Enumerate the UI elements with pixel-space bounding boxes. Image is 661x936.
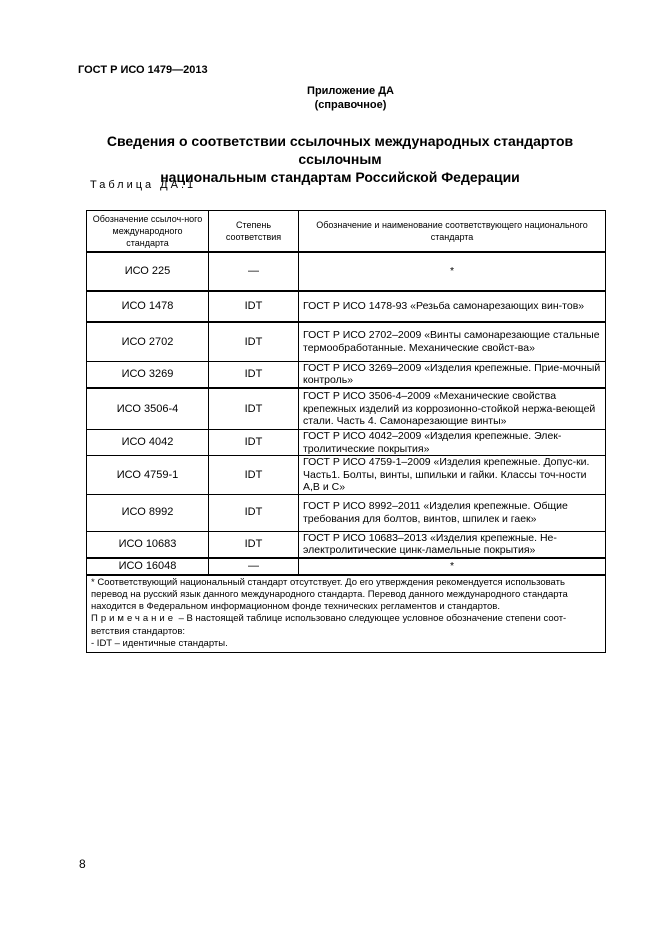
table-row: ИСО 8992 IDT ГОСТ Р ИСО 8992–2011 «Издел… [87, 494, 606, 531]
intl-standard-cell: ИСО 16048 [87, 558, 209, 575]
column-header-degree: Степень соответствия [209, 211, 299, 253]
degree-cell: IDT [209, 430, 299, 456]
degree-cell: IDT [209, 361, 299, 388]
degree-cell: IDT [209, 388, 299, 430]
table-header-row: Обозначение ссылоч-ного международного с… [87, 211, 606, 253]
table-row: ИСО 10683 IDT ГОСТ Р ИСО 10683–2013 «Изд… [87, 531, 606, 558]
table-row: ИСО 4759-1 IDT ГОСТ Р ИСО 4759-1–2009 «И… [87, 456, 606, 495]
degree-cell: — [209, 558, 299, 575]
national-standard-cell: * [299, 558, 606, 575]
national-standard-cell: ГОСТ Р ИСО 4042–2009 «Изделия крепежные.… [299, 430, 606, 456]
table-row: ИСО 3506-4 IDT ГОСТ Р ИСО 3506-4–2009 «М… [87, 388, 606, 430]
intl-standard-cell: ИСО 225 [87, 252, 209, 291]
table-footnote-row: * Соответствующий национальный стандарт … [87, 575, 606, 653]
table-row: ИСО 4042 IDT ГОСТ Р ИСО 4042–2009 «Издел… [87, 430, 606, 456]
note-label: Примечание [91, 613, 176, 624]
national-standard-cell: ГОСТ Р ИСО 3269–2009 «Изделия крепежные.… [299, 361, 606, 388]
table-note: Примечание – В настоящей таблице использ… [91, 613, 601, 638]
degree-cell: IDT [209, 494, 299, 531]
national-standard-cell: * [299, 252, 606, 291]
intl-standard-cell: ИСО 3506-4 [87, 388, 209, 430]
annex-title: Приложение ДА [40, 84, 661, 98]
table-row: ИСО 1478 IDT ГОСТ Р ИСО 1478-93 «Резьба … [87, 291, 606, 322]
page-title: Сведения о соответствии ссылочных междун… [70, 132, 610, 186]
table-row: ИСО 3269 IDT ГОСТ Р ИСО 3269–2009 «Издел… [87, 361, 606, 388]
star-footnote: * Соответствующий национальный стандарт … [91, 577, 601, 614]
document-code: ГОСТ Р ИСО 1479—2013 [78, 64, 208, 76]
column-header-national: Обозначение и наименование соответствующ… [299, 211, 606, 253]
intl-standard-cell: ИСО 2702 [87, 322, 209, 361]
national-standard-cell: ГОСТ Р ИСО 4759-1–2009 «Изделия крепежны… [299, 456, 606, 495]
national-standard-cell: ГОСТ Р ИСО 2702–2009 «Винты самонарезающ… [299, 322, 606, 361]
degree-cell: IDT [209, 531, 299, 558]
national-standard-cell: ГОСТ Р ИСО 1478-93 «Резьба самонарезающи… [299, 291, 606, 322]
annex-type: (справочное) [40, 98, 661, 112]
table-footnote: * Соответствующий национальный стандарт … [87, 575, 606, 653]
degree-cell: IDT [209, 291, 299, 322]
table-row: ИСО 16048 — * [87, 558, 606, 575]
intl-standard-cell: ИСО 4042 [87, 430, 209, 456]
national-standard-cell: ГОСТ Р ИСО 3506-4–2009 «Механические сво… [299, 388, 606, 430]
table-row: ИСО 225 — * [87, 252, 606, 291]
intl-standard-cell: ИСО 4759-1 [87, 456, 209, 495]
national-standard-cell: ГОСТ Р ИСО 10683–2013 «Изделия крепежные… [299, 531, 606, 558]
intl-standard-cell: ИСО 3269 [87, 361, 209, 388]
correspondence-table: Обозначение ссылоч-ного международного с… [86, 210, 606, 653]
degree-cell: — [209, 252, 299, 291]
page-number: 8 [79, 857, 86, 871]
degree-legend: - IDT – идентичные стандарты. [91, 638, 601, 650]
annex-heading: Приложение ДА (справочное) [0, 84, 661, 112]
national-standard-cell: ГОСТ Р ИСО 8992–2011 «Изделия крепежные.… [299, 494, 606, 531]
column-header-intl: Обозначение ссылоч-ного международного с… [87, 211, 209, 253]
title-line-1: Сведения о соответствии ссылочных междун… [70, 132, 610, 168]
degree-cell: IDT [209, 322, 299, 361]
intl-standard-cell: ИСО 1478 [87, 291, 209, 322]
table-row: ИСО 2702 IDT ГОСТ Р ИСО 2702–2009 «Винты… [87, 322, 606, 361]
degree-cell: IDT [209, 456, 299, 495]
intl-standard-cell: ИСО 10683 [87, 531, 209, 558]
table-caption: Таблица ДА.1 [90, 179, 196, 191]
intl-standard-cell: ИСО 8992 [87, 494, 209, 531]
